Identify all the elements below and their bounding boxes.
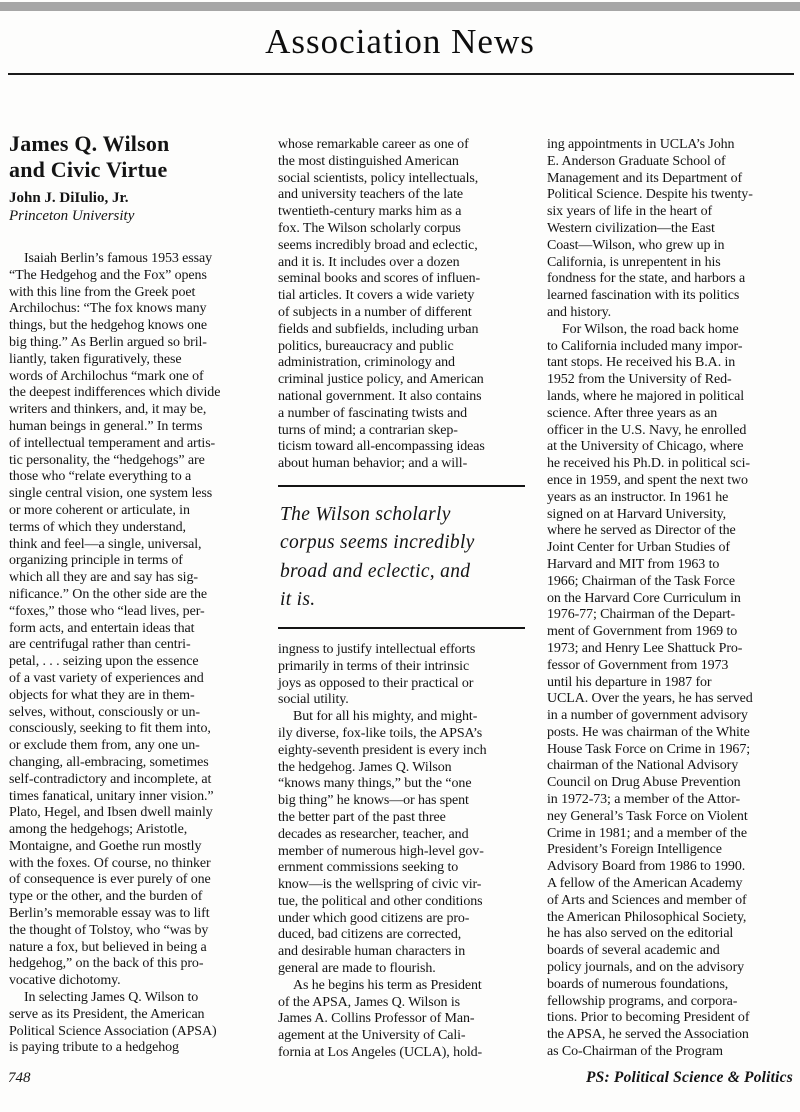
article-affiliation: Princeton University <box>9 207 256 225</box>
scan-edge-bar <box>0 2 800 11</box>
paragraph-whose-career: whose remarkable career as one of the mo… <box>278 137 525 473</box>
paragraph-in-selecting: In selecting James Q. Wilson to serve as… <box>9 990 256 1057</box>
section-title: Association News <box>0 23 800 61</box>
paragraph-for-wilson: For Wilson, the road back home to Califo… <box>547 322 794 1061</box>
article-author: John J. DiIulio, Jr. <box>9 189 256 207</box>
page-footer: 748 PS: Political Science & Politics <box>8 1069 793 1087</box>
paragraph-but-for-all: But for all his mighty, and might- ily d… <box>278 709 525 978</box>
paragraph-isaiah-berlin: Isaiah Berlin’s famous 1953 essay “The H… <box>9 251 256 990</box>
paragraph-ingness: ingness to justify intellectual efforts … <box>278 642 525 709</box>
article-title: James Q. Wilson and Civic Virtue <box>9 131 256 183</box>
journal-page: Association News James Q. Wilson and Civ… <box>0 0 800 1112</box>
column-1: James Q. Wilson and Civic Virtue John J.… <box>9 131 256 1062</box>
column-3: ing appointments in UCLA’s John E. Ander… <box>547 131 794 1062</box>
article-columns: James Q. Wilson and Civic Virtue John J.… <box>9 131 794 1062</box>
pull-quote: The Wilson scholarly corpus seems incred… <box>278 485 525 629</box>
paragraph-as-he-begins: As he begins his term as President of th… <box>278 978 525 1062</box>
journal-name: PS: Political Science & Politics <box>586 1069 793 1087</box>
page-number: 748 <box>8 1070 31 1087</box>
paragraph-ing-appointments: ing appointments in UCLA’s John E. Ander… <box>547 137 794 322</box>
column-2: whose remarkable career as one of the mo… <box>278 131 525 1062</box>
masthead-rule <box>8 73 794 75</box>
